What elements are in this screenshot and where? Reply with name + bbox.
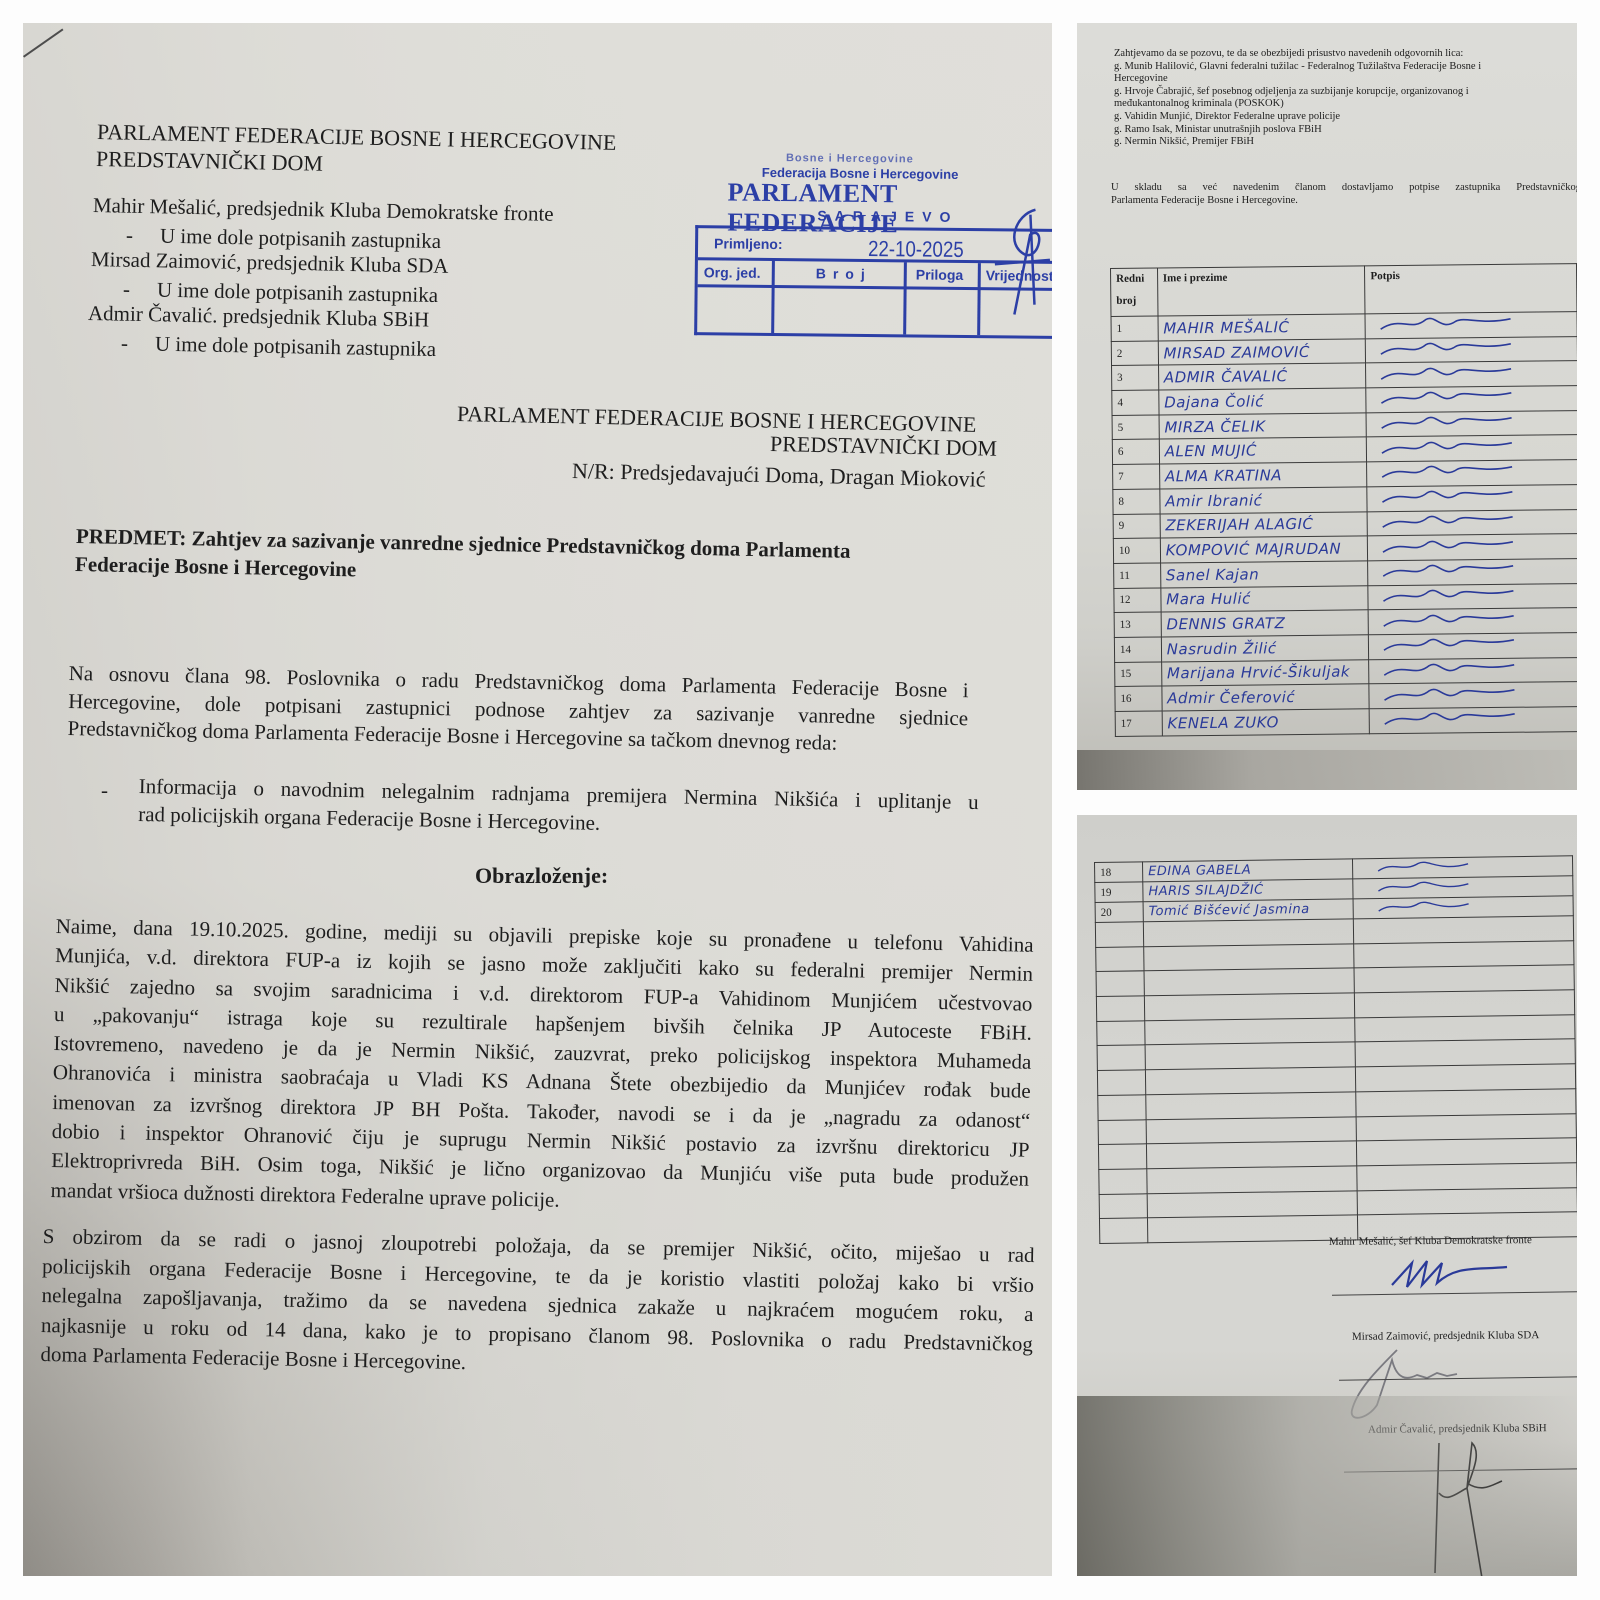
signature-table-2: 18EDINA GABELA19HARIS SILAJDŽIĆ20Tomić B… [1094, 855, 1577, 1244]
row-name: Dajana Čolić [1159, 388, 1367, 415]
handwritten-signature-icon [1374, 609, 1524, 631]
row-number: 20 [1095, 902, 1143, 923]
row-signature [1368, 558, 1577, 585]
stamp-col-priloga: Priloga [916, 266, 964, 282]
row-signature [1367, 435, 1577, 462]
intro-paragraph: Na osnovu člana 98. Poslovnika o radu Pr… [67, 660, 968, 760]
row-number: 18 [1095, 862, 1143, 883]
handwritten-signature-icon [1375, 659, 1525, 681]
row-number: 19 [1095, 882, 1143, 903]
row-name: KOMPOVIĆ MAJRUDAN [1160, 536, 1368, 563]
stamp-col-org: Org. jed. [704, 264, 761, 281]
stamp-received-label: Primljeno: [714, 235, 783, 252]
row-name: Amir Ibranić [1160, 487, 1368, 514]
folded-corner-mark [23, 28, 63, 57]
handwritten-signature-icon [1373, 486, 1523, 508]
row-number: 1 [1111, 316, 1158, 341]
sender-header-line2: PREDSTAVNIČKI DOM [96, 146, 324, 177]
row-name: MIRSAD ZAIMOVIĆ [1158, 339, 1366, 366]
signatory-3-caption: Admir Čavalić, predsjednik Kluba SBiH [1368, 1422, 1547, 1436]
recipient-attention: N/R: Predsjedavajući Doma, Dragan Miokov… [572, 460, 986, 491]
row-number: 13 [1114, 612, 1161, 637]
handwritten-signature-icon [1372, 412, 1522, 434]
row-number: 3 [1112, 365, 1159, 390]
signatory-3-line [1344, 1468, 1577, 1472]
row-number: 15 [1115, 662, 1162, 687]
row-signature [1367, 460, 1577, 487]
row-number: 14 [1114, 637, 1161, 662]
row-name: Nasrudin Žilić [1161, 635, 1369, 662]
row-number: 9 [1113, 513, 1160, 538]
row-number: 12 [1114, 588, 1161, 613]
row-name: ADMIR ČAVALIĆ [1158, 363, 1366, 390]
handwritten-signature-icon [1374, 585, 1524, 607]
col-header-name: Ime i prezime [1157, 266, 1365, 316]
handwritten-signature-icon [1373, 560, 1523, 582]
received-stamp: Bosne i Hercegovine Federacija Bosne i H… [684, 151, 1052, 355]
stamp-signature-scribble [974, 204, 1052, 325]
row-number: 2 [1111, 341, 1158, 366]
row-number: 11 [1114, 563, 1161, 588]
row-number: 7 [1113, 464, 1160, 489]
main-letter-photo: PARLAMENT FEDERACIJE BOSNE I HERCEGOVINE… [23, 23, 1052, 1576]
col-header-number: Rednibroj [1111, 268, 1158, 316]
rationale-paragraph-1: Naime, dana 19.10.2025. godine, mediji s… [50, 912, 1033, 1224]
row-number: 17 [1115, 711, 1162, 736]
row-signature [1369, 633, 1577, 660]
stamp-faded-line: Bosne i Hercegovine [786, 152, 914, 165]
signatory-2-signature [1337, 1340, 1487, 1430]
row-signature [1366, 410, 1577, 437]
rationale-heading: Obrazloženje: [475, 863, 608, 889]
row-signature [1370, 707, 1577, 734]
row-number: 16 [1115, 686, 1162, 711]
row-name: Sanel Kajan [1160, 561, 1368, 588]
row-signature [1368, 583, 1577, 610]
signatory-1-caption: Mahir Mešalić, šef Kluba Demokratske fro… [1329, 1234, 1532, 1248]
handwritten-signature-icon [1371, 313, 1521, 335]
row-name: ZEKERIJAH ALAGIĆ [1160, 511, 1368, 538]
row-signature [1369, 682, 1577, 709]
sender-name: Admir Čavalić. predsjednik Kluba SBiH [88, 303, 430, 331]
submission-note: U skladu sa već navedenim članom dostavl… [1111, 182, 1577, 207]
row-signature [1368, 608, 1577, 635]
handwritten-signature-icon [1374, 634, 1524, 656]
agenda-bullet: - [101, 780, 108, 801]
row-signature [1366, 336, 1577, 363]
row-name: MAHIR MEŠALIĆ [1158, 314, 1366, 341]
signature-page-2-photo: 18EDINA GABELA19HARIS SILAJDŽIĆ20Tomić B… [1077, 815, 1577, 1576]
row-name: ALEN MUJIĆ [1159, 437, 1367, 464]
row-signature [1369, 657, 1577, 684]
col-header-signature: Potpis [1365, 264, 1577, 314]
row-number: 6 [1112, 439, 1159, 464]
row-signature [1366, 386, 1577, 413]
row-name: MIRZA ČELIK [1159, 413, 1367, 440]
stamp-col-broj: Broj [816, 265, 872, 282]
sender-sub: -U ime dole potpisanih zastupnika [121, 331, 437, 362]
handwritten-signature-icon [1375, 683, 1525, 705]
recipient-line2: PREDSTAVNIČKI DOM [770, 433, 997, 460]
handwritten-signature-icon [1371, 338, 1521, 360]
handwritten-signature-icon [1372, 387, 1522, 409]
handwritten-signature-icon [1373, 511, 1523, 533]
signature-page-1-photo: Zahtjevamo da se pozovu, te da se obezbi… [1077, 23, 1577, 790]
sender-name: Mirsad Zaimović, predsjednik Kluba SDA [91, 249, 449, 277]
handwritten-signature-icon [1372, 436, 1522, 458]
row-signature [1367, 484, 1577, 511]
row-number: 10 [1113, 538, 1160, 563]
handwritten-signature-icon [1359, 897, 1489, 915]
row-name: Mara Hulić [1161, 585, 1369, 612]
handwritten-signature-icon [1373, 535, 1523, 557]
row-name: KENELA ZUKO [1162, 709, 1370, 736]
handwritten-signature-icon [1375, 708, 1525, 730]
signatory-3-signature [1427, 1433, 1527, 1576]
handwritten-signature-icon [1372, 461, 1522, 483]
subject-line2: Federacije Bosne i Hercegovine [75, 551, 357, 583]
row-name: ALMA KRATINA [1159, 462, 1367, 489]
rationale-paragraph-2: S obzirom da se radi o jasnoj zloupotreb… [40, 1222, 1035, 1389]
row-name: DENNIS GRATZ [1161, 610, 1369, 637]
handwritten-signature-icon [1358, 857, 1488, 875]
handwritten-signature-icon [1358, 877, 1488, 895]
row-signature [1365, 312, 1577, 339]
row-signature [1367, 509, 1577, 536]
row-number: 5 [1112, 415, 1159, 440]
row-name: Marijana Hrvić-Šikuljak [1161, 659, 1369, 686]
row-signature [1366, 361, 1577, 388]
signature-table-1: Rednibroj Ime i prezime Potpis 1MAHIR ME… [1110, 263, 1577, 737]
recipient-line1: PARLAMENT FEDERACIJE BOSNE I HERCEGOVINE [457, 403, 977, 436]
signatory-1-signature [1387, 1255, 1517, 1295]
sender-name: Mahir Mešalić, predsjednik Kluba Demokra… [93, 195, 554, 225]
stamp-received-date: 22-10-2025 [868, 236, 964, 263]
row-name: Admir Čeferović [1162, 684, 1370, 711]
stamp-city: SARAJEVO [817, 207, 958, 224]
row-signature [1368, 534, 1577, 561]
row-number: 8 [1113, 489, 1160, 514]
signature-row: 17KENELA ZUKO [1115, 707, 1577, 737]
agenda-item: Informacija o navodnim nelegalnim radnja… [138, 773, 979, 844]
row-number: 4 [1112, 390, 1159, 415]
summon-request: Zahtjevamo da se pozovu, te da se obezbi… [1114, 48, 1481, 149]
handwritten-signature-icon [1371, 362, 1521, 384]
